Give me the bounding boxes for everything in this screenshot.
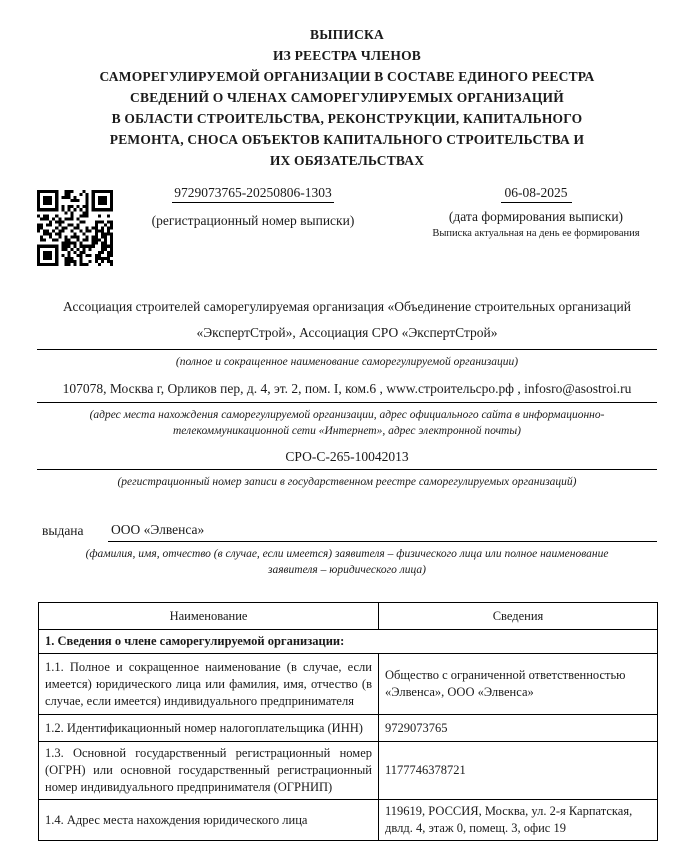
extract-date-caption: (дата формирования выписки)	[415, 209, 657, 225]
member-info-table: Наименование Сведения 1. Сведения о член…	[38, 602, 658, 841]
extract-document-page: ВЫПИСКА ИЗ РЕЕСТРА ЧЛЕНОВ САМОРЕГУЛИРУЕМ…	[0, 0, 694, 859]
qr-code	[37, 190, 113, 266]
table-section-title: 1. Сведения о члене саморегулируемой орг…	[39, 630, 658, 654]
row-1-2-value: 9729073765	[379, 715, 658, 742]
extract-date: 06-08-2025	[501, 185, 572, 203]
sro-registry-caption: (регистрационный номер записи в государс…	[67, 474, 627, 490]
table-row: 1.4. Адрес места нахождения юридического…	[39, 800, 658, 841]
table-row: 1.3. Основной государственный регистраци…	[39, 742, 658, 800]
row-1-3-name: 1.3. Основной государственный регистраци…	[39, 742, 379, 800]
sro-name-caption: (полное и сокращенное наименование самор…	[67, 354, 627, 370]
table-row: 1.2. Идентификационный номер налогоплате…	[39, 715, 658, 742]
extract-date-block: 06-08-2025 (дата формирования выписки) В…	[375, 185, 657, 239]
registration-number-caption: (регистрационный номер выписки)	[131, 209, 375, 233]
registration-band: 9729073765-20250806-1303 (регистрационны…	[37, 185, 657, 266]
extract-date-note: Выписка актуальная на день ее формирован…	[415, 228, 657, 239]
registration-number: 9729073765-20250806-1303	[172, 185, 334, 203]
row-1-2-name: 1.2. Идентификационный номер налогоплате…	[39, 715, 379, 742]
sro-name: Ассоциация строителей саморегулируемая о…	[37, 294, 657, 350]
issued-to-caption: (фамилия, имя, отчество (в случае, если …	[67, 546, 627, 578]
issued-to-value: ООО «Элвенса»	[108, 522, 657, 542]
registration-number-block: 9729073765-20250806-1303 (регистрационны…	[131, 185, 375, 233]
sro-registry-number: СРО-С-265-10042013	[37, 447, 657, 470]
row-1-4-value: 119619, РОССИЯ, Москва, ул. 2-я Карпатск…	[379, 800, 658, 841]
row-1-4-name: 1.4. Адрес места нахождения юридического…	[39, 800, 379, 841]
row-1-1-value: Общество с ограниченной ответственностью…	[379, 654, 658, 715]
qr-code-image	[37, 190, 113, 266]
table-header-name: Наименование	[39, 603, 379, 630]
sro-address: 107078, Москва г, Орликов пер, д. 4, эт.…	[37, 379, 657, 403]
table-section-row: 1. Сведения о члене саморегулируемой орг…	[39, 630, 658, 654]
sro-address-caption: (адрес места нахождения саморегулируемой…	[67, 407, 627, 439]
table-row: 1.1. Полное и сокращенное наименование (…	[39, 654, 658, 715]
table-header-value: Сведения	[379, 603, 658, 630]
issued-to-label: выдана	[42, 523, 108, 542]
table-header-row: Наименование Сведения	[39, 603, 658, 630]
row-1-1-name: 1.1. Полное и сокращенное наименование (…	[39, 654, 379, 715]
row-1-3-value: 1177746378721	[379, 742, 658, 800]
document-title: ВЫПИСКА ИЗ РЕЕСТРА ЧЛЕНОВ САМОРЕГУЛИРУЕМ…	[30, 24, 664, 171]
issued-to-row: выдана ООО «Элвенса»	[37, 522, 657, 542]
